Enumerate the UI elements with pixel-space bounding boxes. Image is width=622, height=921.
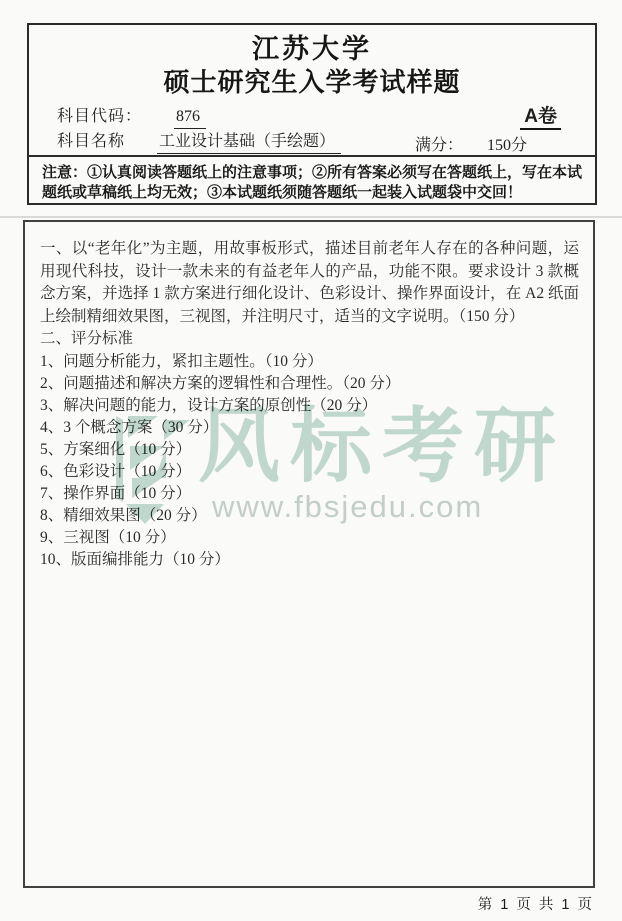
exam-notice: 注意：①认真阅读答题纸上的注意事项；②所有答案必须写在答题纸上，写在本试题纸或草… <box>29 157 595 202</box>
question-1-text: 一、以“老年化”为主题，用故事板形式，描述目前老年人存在的各种问题，运用现代科技… <box>40 238 579 328</box>
subject-name-row: 科目名称 工业设计基础（手绘题） <box>57 132 341 154</box>
subject-code-label: 科目代码： <box>57 108 142 125</box>
criteria-item: 2、问题描述和解决方案的逻辑性和合理性。（20 分） <box>40 373 579 395</box>
exam-title: 硕士研究生入学考试样题 <box>29 66 595 98</box>
subject-code-row: 科目代码： 876 <box>57 107 206 129</box>
question-content: 一、以“老年化”为主题，用故事板形式，描述目前老年人存在的各种问题，运用现代科技… <box>25 222 593 571</box>
full-score-label: 满分： <box>415 137 463 154</box>
criteria-item: 4、3 个概念方案（30 分） <box>40 417 579 439</box>
criteria-item: 3、解决问题的能力，设计方案的原创性（20 分） <box>40 395 579 417</box>
full-score-value: 150分 <box>485 132 533 157</box>
criteria-item: 6、色彩设计（10 分） <box>40 461 579 483</box>
page-number-footer: 第 1 页 共 1 页 <box>478 893 594 914</box>
scoring-criteria-heading: 二、评分标准 <box>40 328 579 351</box>
exam-header-box: 江苏大学 硕士研究生入学考试样题 科目代码： 876 A卷 科目名称 工业设计基… <box>27 23 597 205</box>
paper-version-badge: A卷 <box>520 101 561 130</box>
criteria-item: 9、三视图（10 分） <box>40 527 579 549</box>
criteria-item: 8、精细效果图（20 分） <box>40 505 579 527</box>
criteria-item: 10、版面编排能力（10 分） <box>40 549 579 571</box>
criteria-item: 1、问题分析能力，紧扣主题性。（10 分） <box>40 351 579 373</box>
scan-artifact-line <box>0 216 622 218</box>
full-score-row: 满分： 150分 <box>415 132 533 157</box>
criteria-item: 5、方案细化（10 分） <box>40 439 579 461</box>
subject-name-label: 科目名称 <box>57 133 125 150</box>
subject-code-value: 876 <box>174 107 206 129</box>
question-box: 一、以“老年化”为主题，用故事板形式，描述目前老年人存在的各种问题，运用现代科技… <box>23 220 595 888</box>
criteria-item: 7、操作界面（10 分） <box>40 483 579 505</box>
university-title: 江苏大学 <box>29 34 595 64</box>
subject-name-value: 工业设计基础（手绘题） <box>157 132 341 154</box>
